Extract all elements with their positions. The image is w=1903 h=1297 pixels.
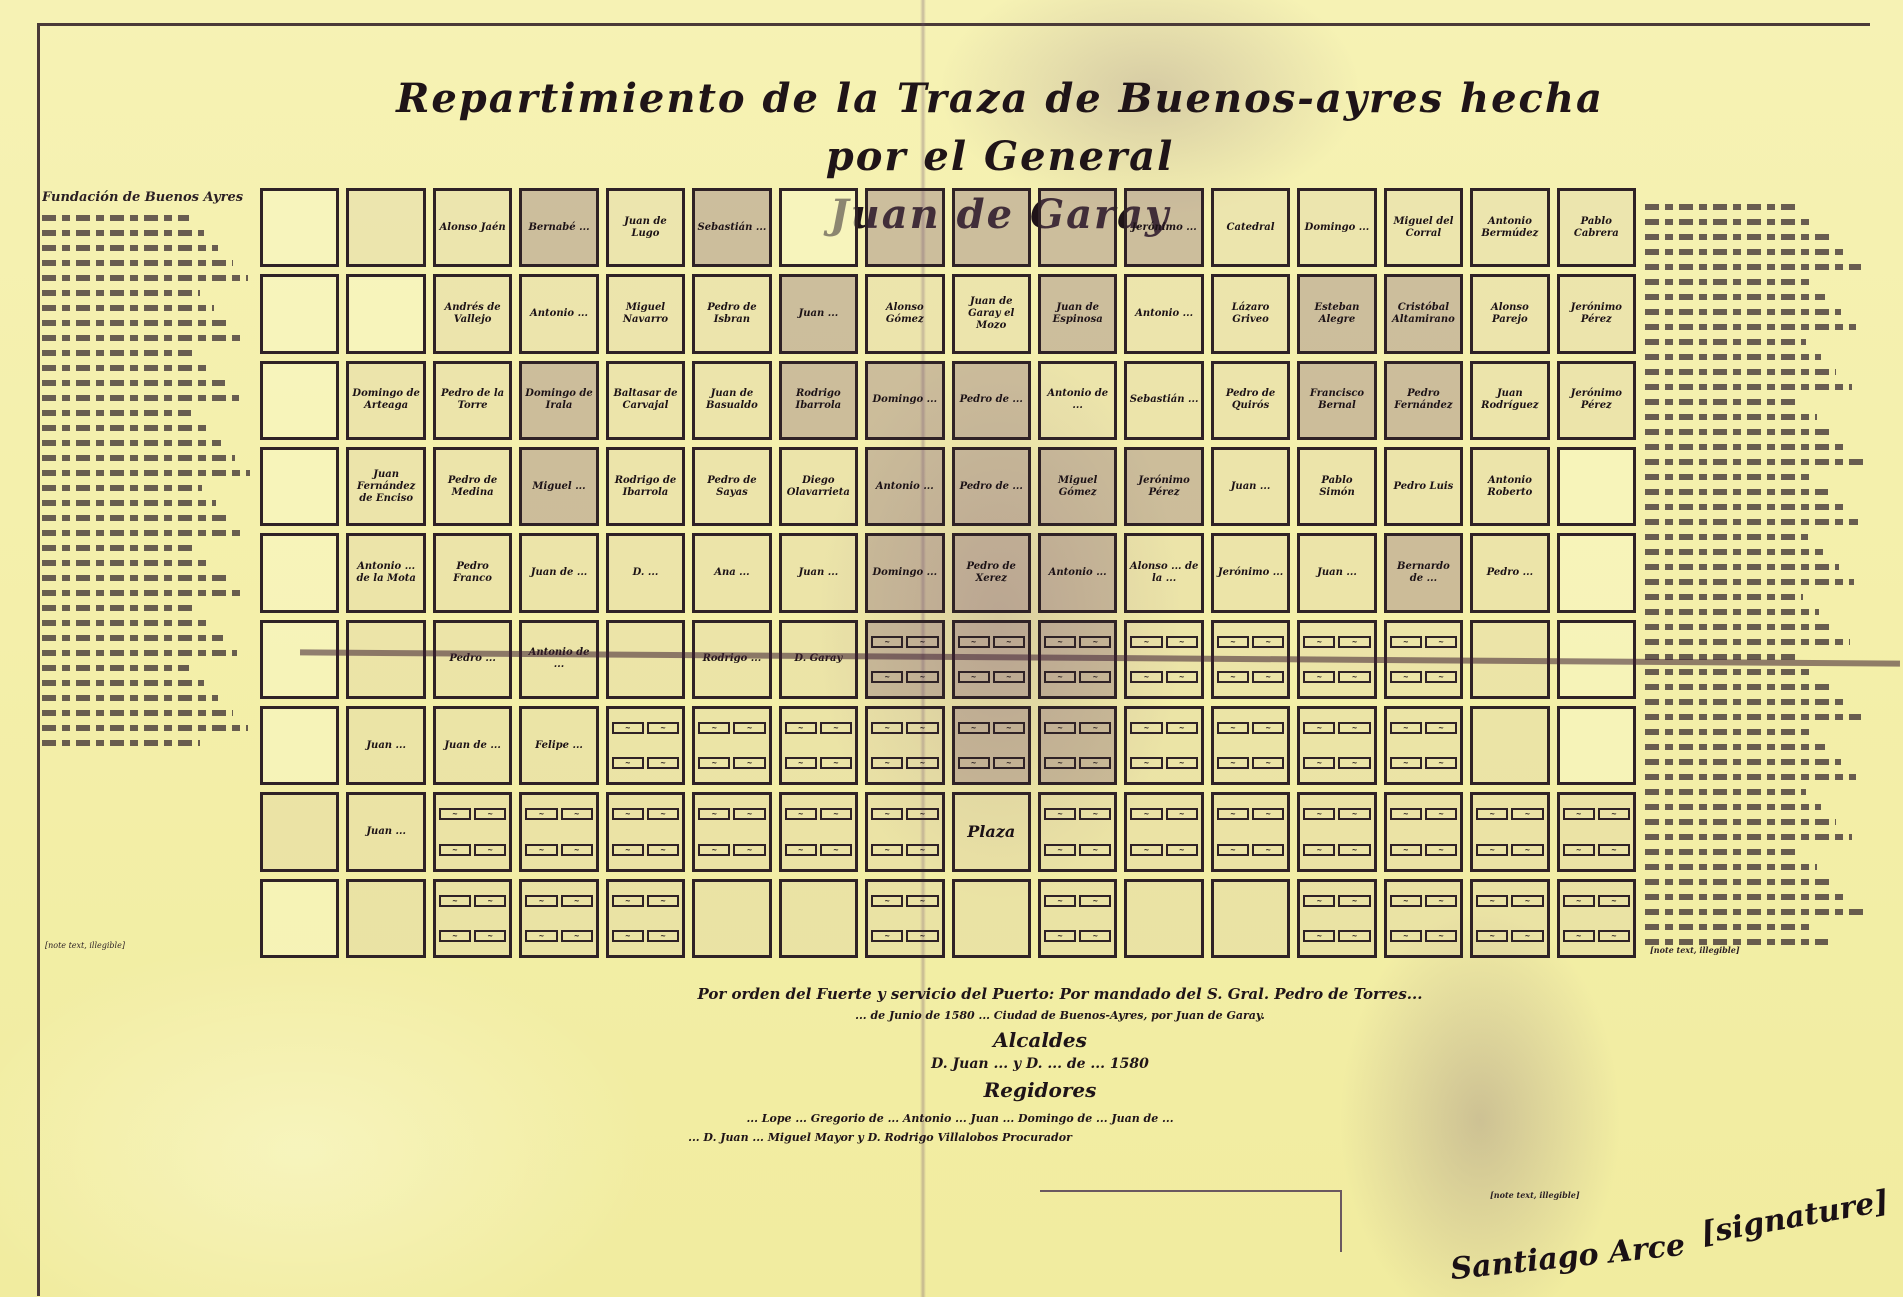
sub-lot: ~ [1130,808,1162,820]
sub-lot: ~ [474,808,506,820]
lot-owner-name: Miguel Gómez [1043,475,1112,499]
sub-lot: ~ [1079,757,1111,769]
lot-cell [692,879,771,958]
sub-lot: ~ [439,844,471,856]
manuscript-line [1645,489,1828,495]
sub-lot: ~ [647,808,679,820]
sub-lot: ~ [1476,930,1508,942]
lot-cell: Juan de Lugo [606,188,685,267]
footer-heading-regidores: Regidores [420,1078,1660,1102]
sub-lot: ~ [871,636,903,648]
manuscript-line [1645,294,1825,300]
lot-owner-name: Diego Olavarrieta [784,475,853,499]
manuscript-line [42,710,233,716]
lot-owner-name: D. ... [633,567,659,579]
sub-lot: ~ [1598,895,1630,907]
sub-lot: ~ [820,722,852,734]
lot-cell: Domingo ... [1297,188,1376,267]
sub-lot: ~ [612,808,644,820]
sub-lot: ~ [785,722,817,734]
lot-cell [952,879,1031,958]
sub-lot: ~ [1044,722,1076,734]
lot-cell [346,188,425,267]
lot-cell [260,706,339,785]
lot-cell: Antonio ... [865,447,944,526]
manuscript-line [42,410,191,416]
sub-lot: ~ [820,844,852,856]
lot-cell [1038,188,1117,267]
city-lot-grid: Alonso JaénBernabé ...Juan de LugoSebast… [260,188,1636,958]
left-text-column: Fundación de Buenos Ayres [42,190,252,750]
sub-lot: ~ [698,808,730,820]
lot-owner-name: Pablo Simón [1302,475,1371,499]
manuscript-line [42,485,202,491]
lot-cell [1124,879,1203,958]
lot-cell: Alonso ... de la ... [1124,533,1203,612]
lot-owner-name: Domingo ... [872,567,937,579]
manuscript-line [42,545,197,551]
left-column-heading: Fundación de Buenos Ayres [42,190,252,206]
sub-lot: ~ [1390,722,1422,734]
manuscript-line [42,440,221,446]
sub-lot: ~ [647,844,679,856]
lot-owner-name: Domingo de Irala [524,388,593,412]
lot-cell: Juan de ... [433,706,512,785]
lot-owner-name: Alonso Parejo [1475,302,1544,326]
sub-lot: ~ [906,808,938,820]
lot-owner-name: Jerónimo Pérez [1562,302,1631,326]
lot-cell: ~~~~ [1384,792,1463,871]
lot-owner-name: Esteban Alegre [1302,302,1371,326]
manuscript-line [1645,669,1814,675]
sub-lot: ~ [1511,895,1543,907]
sub-lot: ~ [1166,671,1198,683]
manuscript-line [1645,249,1845,255]
lot-owner-name: Rodrigo Ibarrola [784,388,853,412]
manuscript-line [42,245,218,251]
manuscript-line [1645,369,1836,375]
lot-owner-name: Juan ... [799,308,839,320]
lot-cell [260,274,339,353]
sub-lot: ~ [820,757,852,769]
lot-cell: Domingo de Arteaga [346,361,425,440]
title-line-1: Repartimiento de la Traza de Buenos-ayre… [350,70,1650,186]
lot-cell: Pedro de ... [952,361,1031,440]
lot-cell: Juan ... [779,274,858,353]
manuscript-line [1645,789,1806,795]
manuscript-line [1645,324,1856,330]
lot-cell: ~~~~ [865,879,944,958]
sub-lot: ~ [958,757,990,769]
manuscript-line [1645,504,1843,510]
sub-lot: ~ [1390,671,1422,683]
sub-lot: ~ [612,895,644,907]
sub-lot: ~ [1044,844,1076,856]
lot-cell [1470,706,1549,785]
manuscript-line [1645,834,1852,840]
lot-cell: ~~~~ [1384,706,1463,785]
lot-cell: ~~~~ [952,706,1031,785]
sub-lot: ~ [1511,844,1543,856]
manuscript-line [42,620,208,626]
lot-owner-name: Sebastián ... [1130,394,1199,406]
sub-lot: ~ [1390,757,1422,769]
lot-cell [779,188,858,267]
sub-lot: ~ [1338,808,1370,820]
lot-cell [260,620,339,699]
manuscript-line [1645,924,1812,930]
lot-owner-name: Pedro de ... [960,481,1023,493]
lot-cell: ~~~~ [606,792,685,871]
lot-owner-name: Jerónimo Pérez [1129,475,1198,499]
lot-owner-name: Catedral [1227,222,1275,234]
manuscript-line [42,350,195,356]
lot-owner-name: Antonio ... [1049,567,1107,579]
sub-lot: ~ [1166,722,1198,734]
left-footer-note: [note text, illegible] [45,940,245,951]
sub-lot: ~ [871,722,903,734]
lot-cell: ~~~~ [1297,792,1376,871]
sub-lot: ~ [1044,930,1076,942]
left-column-text-lines [42,215,252,746]
manuscript-line [1645,564,1839,570]
lot-owner-name: Pedro de la Torre [438,388,507,412]
sub-lot: ~ [993,722,1025,734]
sub-lot: ~ [1252,808,1284,820]
sub-lot: ~ [1044,757,1076,769]
right-footer-note: [note text, illegible] [1650,945,1860,956]
sub-lot: ~ [785,808,817,820]
sub-lot: ~ [1303,930,1335,942]
lot-owner-name: Pedro de Quirós [1216,388,1285,412]
lot-owner-name: Juan ... [366,740,406,752]
lot-cell [260,188,339,267]
sub-lot: ~ [1390,808,1422,820]
sub-lot: ~ [525,895,557,907]
sub-lot: ~ [1390,895,1422,907]
lot-cell: Miguel del Corral [1384,188,1463,267]
sub-lot: ~ [1166,844,1198,856]
lot-owner-name: Cristóbal Altamirano [1389,302,1458,326]
lot-owner-name: Antonio Roberto [1475,475,1544,499]
manuscript-line [1645,429,1832,435]
sub-lot: ~ [1425,636,1457,648]
lot-cell: Pedro de Sayas [692,447,771,526]
sub-lot: ~ [561,844,593,856]
manuscript-line [1645,879,1832,885]
lot-cell [1557,533,1636,612]
lot-cell: Pedro Fernández [1384,361,1463,440]
lot-cell: Juan ... [346,706,425,785]
lot-cell: Pedro de Medina [433,447,512,526]
sub-lot: ~ [871,757,903,769]
sub-lot: ~ [1252,722,1284,734]
sub-lot: ~ [1390,636,1422,648]
lot-cell: Jerónimo Pérez [1557,274,1636,353]
lot-owner-name: Jerónimo ... [1131,222,1196,234]
sub-lot: ~ [1217,844,1249,856]
lot-cell: Lázaro Griveo [1211,274,1290,353]
sub-lot: ~ [1166,757,1198,769]
sub-lot: ~ [1303,636,1335,648]
lot-cell [260,792,339,871]
footer-line-5: ... D. Juan ... Miguel Mayor y D. Rodrig… [100,1131,1660,1144]
sub-lot: ~ [958,636,990,648]
lot-owner-name: Pedro de ... [960,394,1023,406]
lot-cell: Jerónimo ... [1211,533,1290,612]
lot-cell: ~~~~ [779,792,858,871]
manuscript-line [1645,894,1847,900]
manuscript-line [42,275,248,281]
sub-lot: ~ [1425,895,1457,907]
lot-owner-name: Andrés de Vallejo [438,302,507,326]
lot-cell: Pedro de ... [952,447,1031,526]
manuscript-line [1645,624,1834,630]
manuscript-line [42,320,229,326]
sub-lot: ~ [1217,757,1249,769]
lot-cell: ~~~~ [1557,792,1636,871]
lot-cell: ~~~~ [433,792,512,871]
sub-lot: ~ [525,844,557,856]
plaza-lot: Plaza [952,792,1031,871]
lot-cell: Antonio ... [1038,533,1117,612]
lot-owner-name: Pedro ... [1487,567,1533,579]
lot-cell [952,188,1031,267]
lot-cell: ~~~~ [779,706,858,785]
lot-cell: Juan de Espinosa [1038,274,1117,353]
lot-cell: Catedral [1211,188,1290,267]
manuscript-line [42,290,200,296]
sub-lot: ~ [612,757,644,769]
manuscript-line [1645,729,1810,735]
right-text-column [1645,195,1865,995]
lot-cell: ~~~~ [1038,706,1117,785]
lot-cell: Pedro Luis [1384,447,1463,526]
sub-lot: ~ [1217,722,1249,734]
lot-owner-name: Pedro Luis [1394,481,1454,493]
footer-text-block: Por orden del Fuerte y servicio del Puer… [260,985,1660,1144]
sub-lot: ~ [1303,844,1335,856]
lot-cell: Antonio Roberto [1470,447,1549,526]
lot-cell: ~~~~ [865,792,944,871]
lot-cell: Pedro de Quirós [1211,361,1290,440]
lot-cell: Juan de Basualdo [692,361,771,440]
lot-owner-name: Juan de ... [444,740,501,752]
sub-lot: ~ [906,844,938,856]
lot-owner-name: Pedro de Sayas [697,475,766,499]
lot-cell: ~~~~ [1470,792,1549,871]
lot-owner-name: Juan ... [366,826,406,838]
manuscript-line [1645,414,1817,420]
sub-lot: ~ [474,844,506,856]
sub-lot: ~ [871,808,903,820]
lot-cell: Andrés de Vallejo [433,274,512,353]
manuscript-line [42,230,204,236]
lot-cell [779,879,858,958]
lot-cell [260,361,339,440]
manuscript-line [1645,234,1830,240]
lot-cell: Bernabé ... [519,188,598,267]
lot-owner-name: Alonso ... de la ... [1129,561,1198,585]
manuscript-line [42,515,231,521]
lot-cell: Juan ... [779,533,858,612]
lot-owner-name: Pablo Cabrera [1562,216,1631,240]
manuscript-line [1645,579,1854,585]
manuscript-line [42,500,216,506]
lot-cell [346,620,425,699]
lot-owner-name: Antonio de ... [1043,388,1112,412]
manuscript-line [1645,279,1810,285]
lot-cell: Juan ... [1211,447,1290,526]
manuscript-line [1645,609,1819,615]
lot-cell: Sebastián ... [692,188,771,267]
sub-lot: ~ [1079,930,1111,942]
lot-owner-name: Antonio ... de la Mota [351,561,420,585]
sub-lot: ~ [906,757,938,769]
sub-lot: ~ [1166,636,1198,648]
lot-cell: ~~~~ [1124,706,1203,785]
manuscript-line [42,395,239,401]
manuscript-line [42,470,250,476]
lot-cell: Juan ... [346,792,425,871]
manuscript-line [1645,804,1821,810]
lot-cell: Jerónimo Pérez [1124,447,1203,526]
lot-owner-name: Alonso Jaén [440,222,506,234]
lot-cell [260,879,339,958]
sub-lot: ~ [733,757,765,769]
sub-lot: ~ [525,930,557,942]
lot-cell [346,879,425,958]
lot-cell: Esteban Alegre [1297,274,1376,353]
footer-line-1: Por orden del Fuerte y servicio del Puer… [460,985,1660,1003]
manuscript-line [42,590,242,596]
manuscript-line [1645,759,1841,765]
manuscript-line [1645,684,1830,690]
sub-lot: ~ [1338,671,1370,683]
sub-lot: ~ [1338,844,1370,856]
lot-owner-name: Jerónimo ... [1218,567,1283,579]
lot-cell: Alonso Gómez [865,274,944,353]
lot-cell: Miguel Gómez [1038,447,1117,526]
lot-cell: ~~~~ [519,879,598,958]
sub-lot: ~ [993,636,1025,648]
lot-cell: Juan de Garay el Mozo [952,274,1031,353]
lot-cell: Juan de ... [519,533,598,612]
manuscript-line [42,635,223,641]
lot-cell: ~~~~ [1384,879,1463,958]
sub-lot: ~ [1425,930,1457,942]
footer-line-4: ... Lope ... Gregorio de ... Antonio ...… [260,1112,1660,1125]
manuscript-line [1645,549,1823,555]
stamp-outline [1040,1190,1342,1252]
sub-lot: ~ [1130,671,1162,683]
manuscript-line [42,530,246,536]
manuscript-line [1645,639,1850,645]
manuscript-line [1645,399,1801,405]
manuscript-line [1645,474,1812,480]
sub-lot: ~ [1338,722,1370,734]
sub-lot: ~ [439,808,471,820]
sub-lot: ~ [698,722,730,734]
manuscript-line [42,725,248,731]
lot-owner-name: Antonio ... [1135,308,1193,320]
lot-cell: Diego Olavarrieta [779,447,858,526]
sub-lot: ~ [1217,808,1249,820]
sub-lot: ~ [439,895,471,907]
sub-lot: ~ [1079,636,1111,648]
lot-cell: Ana ... [692,533,771,612]
lot-cell: Juan ... [1297,533,1376,612]
sub-lot: ~ [820,808,852,820]
sub-lot: ~ [1217,636,1249,648]
sub-lot: ~ [993,757,1025,769]
sub-lot: ~ [1303,757,1335,769]
lot-owner-name: Juan Rodríguez [1475,388,1544,412]
sub-lot: ~ [1598,930,1630,942]
manuscript-line [1645,339,1806,345]
sub-lot: ~ [1079,722,1111,734]
sub-lot: ~ [1563,895,1595,907]
sub-lot: ~ [561,808,593,820]
manuscript-line [1645,354,1821,360]
lot-owner-name: Bernardo de ... [1389,561,1458,585]
lot-owner-name: Juan de ... [531,567,588,579]
sub-lot: ~ [1476,844,1508,856]
manuscript-line [1645,849,1801,855]
sub-lot: ~ [1563,844,1595,856]
manuscript-line [42,335,244,341]
lot-cell [606,620,685,699]
manuscript-line [1645,909,1863,915]
sub-lot: ~ [871,895,903,907]
right-column-text-lines [1645,204,1865,945]
lot-owner-name: Ana ... [714,567,749,579]
lot-cell: ~~~~ [692,792,771,871]
sub-lot: ~ [1390,930,1422,942]
manuscript-line [1645,264,1861,270]
lot-owner-name: Miguel del Corral [1389,216,1458,240]
lot-cell: Bernardo de ... [1384,533,1463,612]
sub-lot: ~ [1563,808,1595,820]
lot-owner-name: Pedro Franco [438,561,507,585]
lot-cell: Juan Fernández de Enciso [346,447,425,526]
lot-cell: Pedro Franco [433,533,512,612]
lot-cell: Domingo de Irala [519,361,598,440]
lot-owner-name: Jerónimo Pérez [1562,388,1631,412]
lot-owner-name: Sebastián ... [698,222,767,234]
lot-owner-name: Juan ... [1317,567,1357,579]
sub-lot: ~ [871,844,903,856]
sub-lot: ~ [1390,844,1422,856]
sub-lot: ~ [1252,844,1284,856]
sub-lot: ~ [1130,636,1162,648]
manuscript-line [42,380,225,386]
lot-owner-name: Francisco Bernal [1302,388,1371,412]
lot-cell: ~~~~ [1297,706,1376,785]
lot-cell: Jerónimo ... [1124,188,1203,267]
lot-cell: Pablo Simón [1297,447,1376,526]
lot-cell: Alonso Jaén [433,188,512,267]
manuscript-line [42,215,189,221]
sub-lot: ~ [1044,671,1076,683]
manuscript-line [1645,864,1817,870]
manuscript-line [1645,819,1836,825]
manuscript-line [42,560,212,566]
sub-lot: ~ [1217,671,1249,683]
manuscript-line [42,425,206,431]
lot-cell: ~~~~ [606,879,685,958]
lot-owner-name: Pedro de Xerez [957,561,1026,585]
